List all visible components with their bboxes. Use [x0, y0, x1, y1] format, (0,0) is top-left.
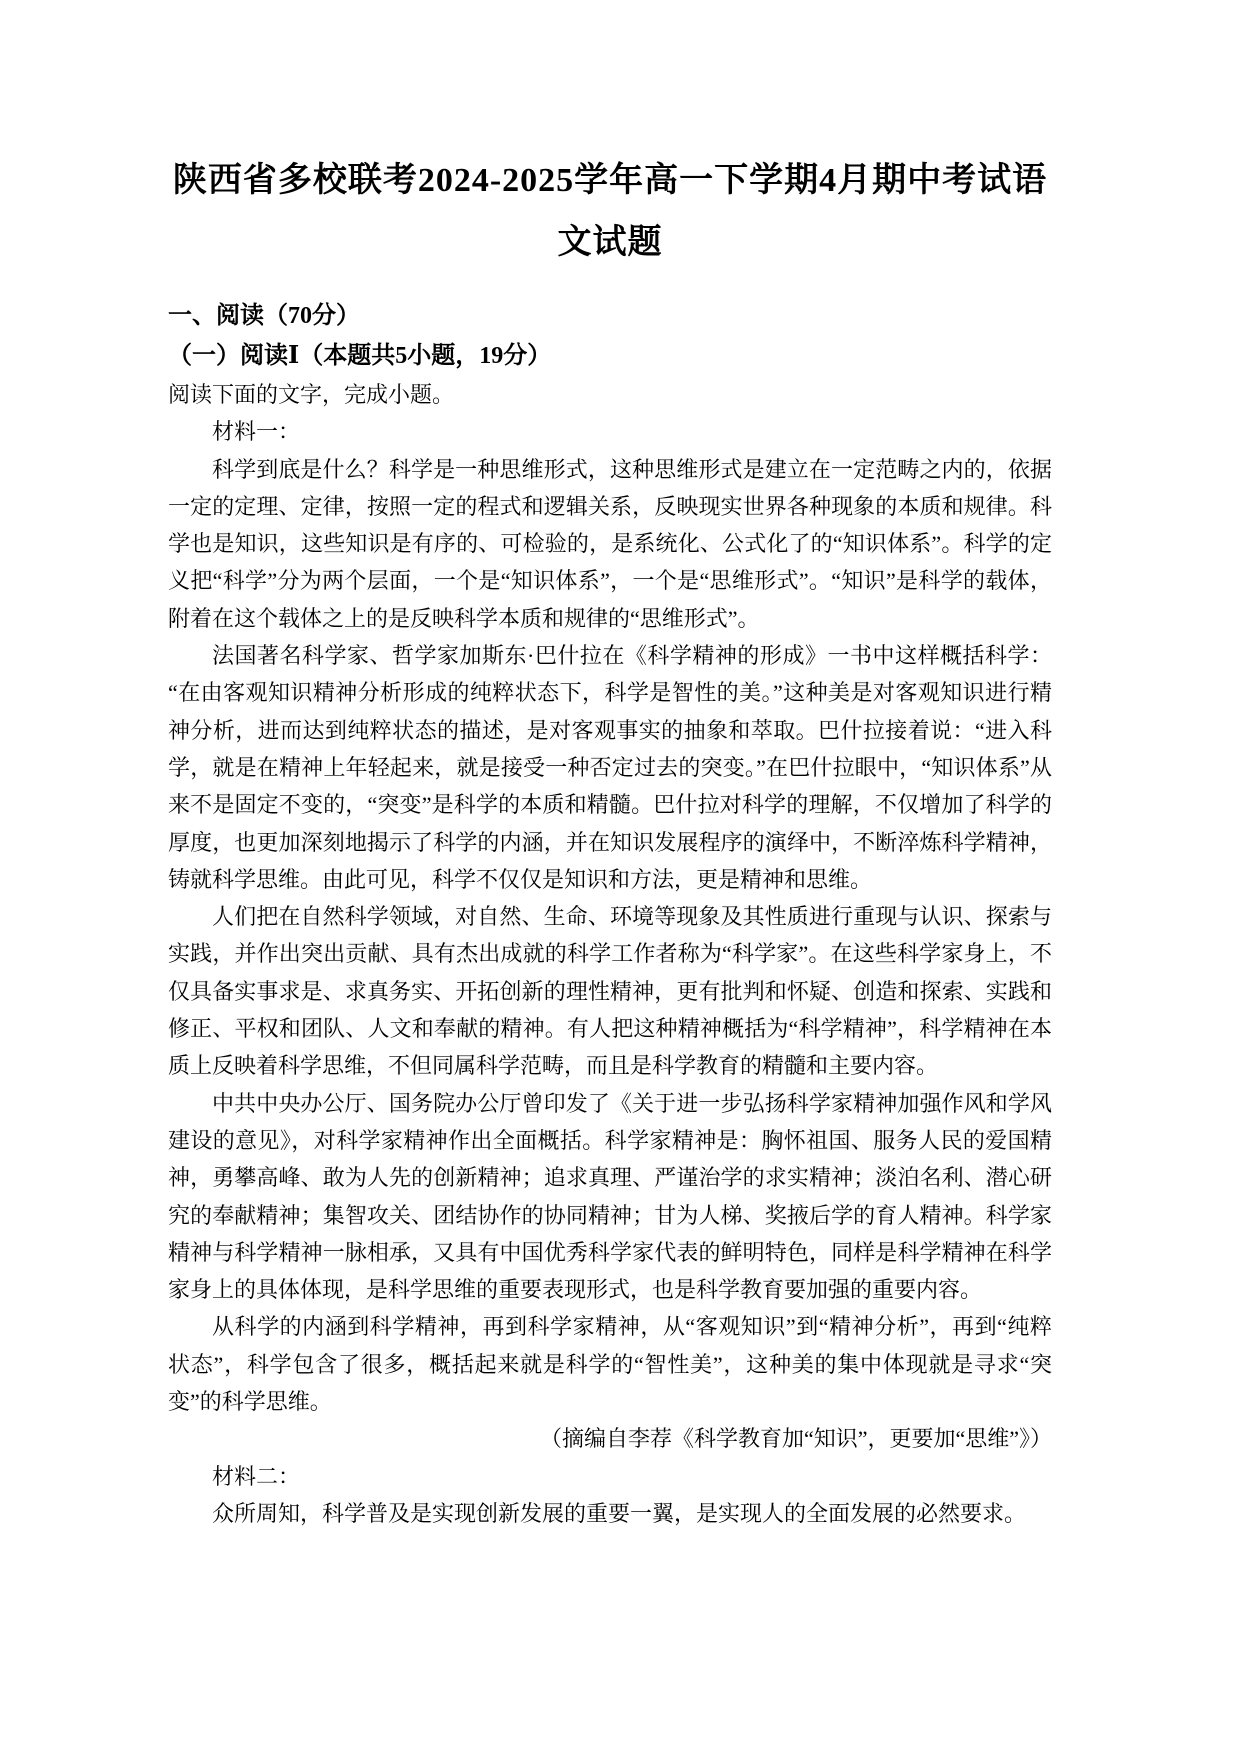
material-1-paragraph-4: 中共中央办公厅、国务院办公厅曾印发了《关于进一步弘扬科学家精神加强作风和学风建设…: [168, 1085, 1052, 1309]
material-2-paragraph-1: 众所周知，科学普及是实现创新发展的重要一翼，是实现人的全面发展的必然要求。: [168, 1495, 1052, 1532]
material-1-paragraph-2: 法国著名科学家、哲学家加斯东·巴什拉在《科学精神的形成》一书中这样概括科学：“在…: [168, 637, 1052, 898]
material-1-paragraph-5: 从科学的内涵到科学精神，再到科学家精神，从“客观知识”到“精神分析”，再到“纯粹…: [168, 1308, 1052, 1420]
material-1-label: 材料一：: [168, 413, 1052, 450]
instruction-text: 阅读下面的文字，完成小题。: [168, 376, 1052, 413]
material-1-paragraph-3: 人们把在自然科学领域，对自然、生命、环境等现象及其性质进行重现与认识、探索与实践…: [168, 898, 1052, 1084]
exam-paper-page: 陕西省多校联考2024-2025学年高一下学期4月期中考试语 文试题 一、阅读（…: [0, 0, 1240, 1754]
material-1-attribution: （摘编自李荐《科学教育加“知识”，更要加“思维”》）: [168, 1420, 1052, 1457]
subsection-heading-reading-1: （一）阅读Ⅰ（本题共5小题，19分）: [168, 336, 1052, 376]
section-heading-reading: 一、阅读（70分）: [168, 296, 1052, 336]
document-title-line-2: 文试题: [168, 212, 1052, 274]
material-1-paragraph-1: 科学到底是什么？科学是一种思维形式，这种思维形式是建立在一定范畴之内的，依据一定…: [168, 451, 1052, 637]
material-2-label: 材料二：: [168, 1458, 1052, 1495]
reading-passage: 阅读下面的文字，完成小题。 材料一： 科学到底是什么？科学是一种思维形式，这种思…: [168, 376, 1052, 1532]
document-title-line-1: 陕西省多校联考2024-2025学年高一下学期4月期中考试语: [168, 150, 1052, 212]
document-title: 陕西省多校联考2024-2025学年高一下学期4月期中考试语 文试题: [168, 150, 1052, 274]
